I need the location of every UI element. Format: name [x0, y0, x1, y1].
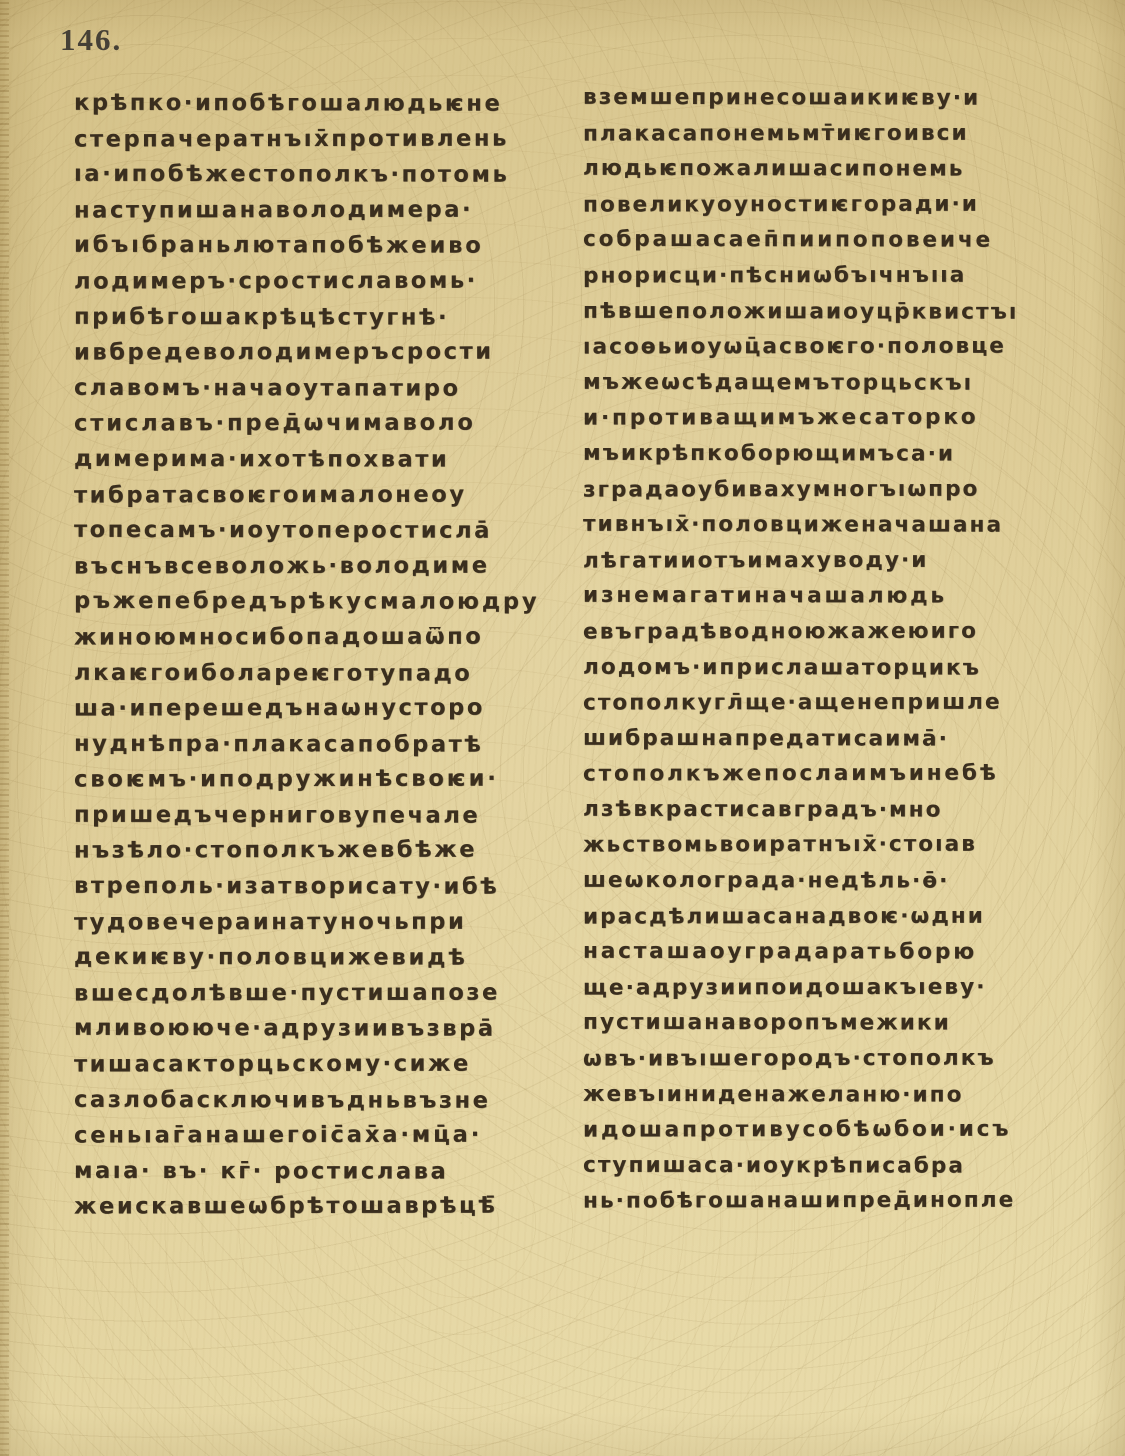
manuscript-line: и·противащимъжесаторко: [583, 400, 1091, 437]
manuscript-line: наступишанаволодимера·: [74, 192, 546, 229]
manuscript-line: ступишаса·иоукрѣписабра: [583, 1148, 1091, 1185]
manuscript-line: вшесдолѣвше·пустишапозе: [74, 975, 546, 1012]
manuscript-line: пѣвшеположишаиоуцр̄квистъı: [583, 293, 1091, 330]
manuscript-line: повеликуоуностиѥгоради·и: [583, 186, 1091, 223]
manuscript-line: декиѥву·половцижевидѣ: [74, 940, 546, 977]
manuscript-line: тибратасвоѥгоималонеоу: [74, 477, 546, 514]
manuscript-line: ѡвъ·ивъıшегородъ·стополкъ: [583, 1040, 1091, 1077]
manuscript-line: лзѣвкрастисавградъ·мно: [583, 792, 1091, 829]
manuscript-line: въснъвсеволожь·володиме: [74, 548, 546, 585]
manuscript-line: лѣгатииотъимахуводу·и: [583, 542, 1091, 579]
manuscript-column-left: крѣпко·ипобѣгошалюдьѥнестерпачератнъıх̄п…: [74, 86, 546, 1225]
manuscript-line: мъикрѣпкоборющимъса·и: [583, 436, 1091, 473]
manuscript-line: собрашасаеп̄пиипоповеиче: [583, 222, 1091, 259]
manuscript-line: рнорисци·пѣсниѡбъıчнъııа: [583, 257, 1091, 294]
manuscript-line: лодомъ·иприслашаторцикъ: [583, 649, 1091, 686]
manuscript-line: ıасоѳьиоуѡц̄асвоѥго·половце: [583, 329, 1091, 366]
manuscript-line: славомъ·начаоутапатиро: [74, 371, 546, 408]
manuscript-line: шеѡколограда·недѣль·ѳ̄·: [583, 863, 1091, 900]
manuscript-line: плакасапонемьмт̄иѥгоивси: [583, 115, 1091, 152]
manuscript-line: ирасдѣлишасанадвоѥ·ѡдни: [583, 898, 1091, 935]
manuscript-line: сеньıаг̄анашегоіс̄ах̄а·мц̄а·: [74, 1118, 546, 1155]
page-number: 146.: [60, 22, 122, 58]
manuscript-line: насташаоуградаратьборю: [583, 934, 1091, 971]
manuscript-line: своѥмъ·иподружинѣсвоѥи·: [74, 762, 546, 799]
manuscript-line: лкаѥгоиболареѥготупадо: [74, 655, 546, 692]
manuscript-line: жевъıиниденажеланю·ипо: [583, 1076, 1091, 1113]
manuscript-line: вземшепринесошаикиѥву·и: [583, 80, 1091, 117]
manuscript-line: пришедъчерниговупечале: [74, 798, 546, 835]
manuscript-line: жеискавшеѡбрѣтошаврѣцѣ̄: [74, 1189, 546, 1226]
manuscript-line: стополкъжепослаимъинебѣ: [583, 756, 1091, 793]
manuscript-line: жиноюмносибопадошаѿпо: [74, 619, 546, 656]
manuscript-line: нь·побѣгошанашипред̄инопле: [583, 1183, 1091, 1220]
manuscript-line: пустишанаворопъмежики: [583, 1005, 1091, 1042]
manuscript-line: димерима·ихотѣпохвати: [74, 442, 546, 479]
manuscript-line: сазлобасключивъдньвъзне: [74, 1082, 546, 1119]
manuscript-line: мливоююче·адрузиивъзвра̄: [74, 1011, 546, 1048]
manuscript-line: прибѣгошакрѣцѣстугнѣ·: [74, 299, 546, 336]
manuscript-line: маıа· въ· кг̄· ростислава: [74, 1154, 546, 1191]
manuscript-line: жьствомьвоиратнъıх̄·стоıав: [583, 827, 1091, 864]
manuscript-line: нуднѣпра·плакасапобратѣ: [74, 726, 546, 763]
manuscript-line: людьѥпожалишасипонемь: [583, 151, 1091, 188]
manuscript-line: топесамъ·иоутоперостисла̄: [74, 513, 546, 550]
manuscript-line: евъградѣводноюжажеюиго: [583, 613, 1091, 650]
manuscript-line: зградаоубивахумногъıѡпро: [583, 471, 1091, 508]
manuscript-line: тудовечераинатуночьпри: [74, 904, 546, 941]
manuscript-line: стерпачератнъıх̄противлень: [74, 121, 546, 158]
manuscript-line: ивбредеволодимеръсрости: [74, 335, 546, 372]
manuscript-column-right: вземшепринесошаикиѥву·иплакасапонемьмт̄и…: [583, 80, 1091, 1219]
manuscript-line: тишасакторцьскому·сиже: [74, 1047, 546, 1084]
paper-deckle-edge: [0, 0, 9, 1456]
manuscript-line: ще·адрузиипоидошакъıеву·: [583, 969, 1091, 1006]
manuscript-line: ръжепебредърѣкусмалоюдру: [74, 584, 546, 621]
manuscript-line: ıа·ипобѣжестополкъ·потомь: [74, 157, 546, 194]
manuscript-line: крѣпко·ипобѣгошалюдьѥне: [74, 86, 546, 123]
manuscript-line: идошапротивусобѣѡбои·исъ: [583, 1112, 1091, 1149]
manuscript-line: ша·иперешедънаѡнусторо: [74, 691, 546, 728]
manuscript-line: стиславъ·пред̄ѡчимаволо: [74, 406, 546, 443]
manuscript-line: тивнъıх̄·половциженачашана: [583, 507, 1091, 544]
manuscript-page-scan: 146. крѣпко·ипобѣгошалюдьѥнестерпачератн…: [0, 0, 1125, 1456]
manuscript-line: лодимеръ·сростиславомь·: [74, 263, 546, 300]
manuscript-line: мъжеѡсѣдащемъторцьскъı: [583, 365, 1091, 402]
manuscript-line: втреполь·изатворисату·ибѣ: [74, 869, 546, 906]
manuscript-line: нъзѣло·стополкъжевбѣже: [74, 833, 546, 870]
manuscript-line: стополкугл̄ще·ащенепришле: [583, 685, 1091, 722]
manuscript-line: шибрашнапредатисаима̄·: [583, 720, 1091, 757]
manuscript-line: изнемагатиначашалюдь: [583, 578, 1091, 615]
manuscript-line: ибъıбраньлютапобѣжеиво: [74, 228, 546, 265]
